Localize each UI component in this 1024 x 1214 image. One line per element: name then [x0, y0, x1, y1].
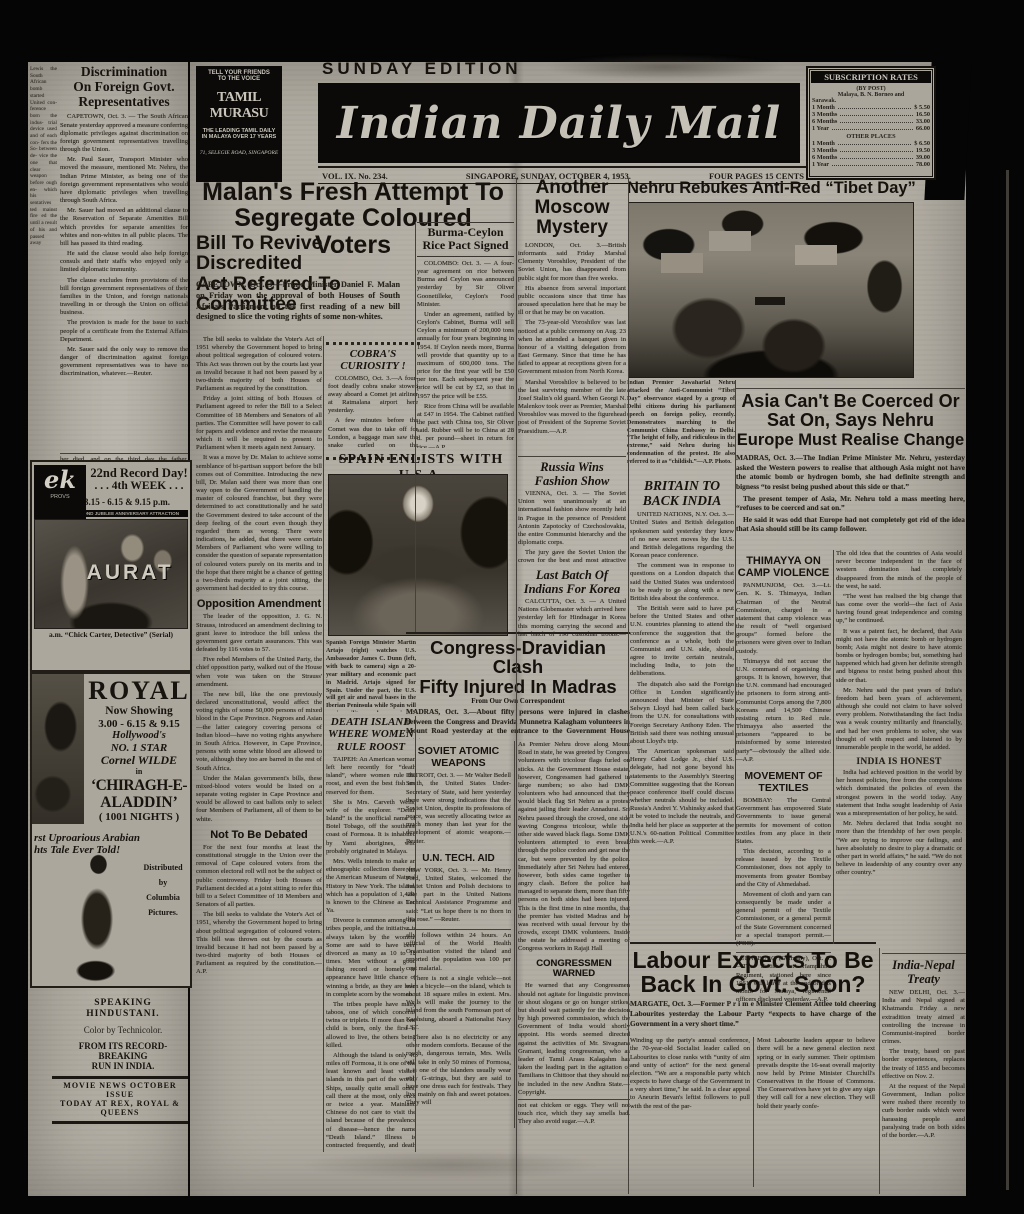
paragraph: The dispatch also said the Foreign Offic… [630, 681, 734, 746]
thimayya-body: PANMUNJOM, Oct. 3.—Lt. Gen. K. S. Thimay… [736, 582, 831, 766]
article-fashion: Russia Wins Fashion Show VIENNA, Oct. 3.… [518, 456, 626, 566]
thimayya-headline: THIMAYYA ON CAMP VIOLENCE [736, 555, 831, 579]
scan-edge-line [1006, 170, 1009, 1190]
royal-line: Hollywood's [88, 730, 190, 742]
sub-value: 33.00 [916, 118, 930, 125]
tamil-ad-title: TAMIL MURASU [196, 90, 282, 122]
paragraph: CAPETOWN, Oct. 3. — The South African Se… [60, 113, 188, 154]
sub-row: 6 Months39.00 [808, 154, 934, 161]
article-nepal: India-Nepal Treaty NEW DELHI, Oct. 3.—In… [882, 958, 965, 1194]
labour-lead: MARGATE, Oct. 3.—Former P r i m e Minist… [630, 999, 876, 1035]
moscow-body: LONDON, Oct. 3.—British informants said … [518, 242, 626, 448]
paragraph: The tribes people have many taboos, one … [326, 1001, 416, 1050]
paragraph: Under the Malan government's bills, thes… [196, 775, 322, 824]
paragraph: Mr. Sauer had moved an additional clause… [60, 207, 188, 248]
movie-news-line: MOVIE NEWS OCTOBER ISSUE [52, 1082, 188, 1100]
paragraph: As Premier Nehru drove along Mount Road … [518, 741, 630, 953]
column-rule [628, 178, 629, 1194]
paragraph: Mr. Sauer said the only way to remove th… [60, 346, 188, 379]
paragraph: The new bill, like the one previously de… [196, 691, 322, 773]
cobra-body: COLOMBO, Oct. 3.—A four-foot deadly cobr… [328, 375, 418, 447]
paragraph: TAIPEH: An American woman left here rece… [326, 756, 416, 797]
paragraph: Mr. Paul Sauer, Transport Minister who m… [60, 156, 188, 205]
sub-label: 1 Month [812, 104, 835, 111]
korea-headline: Last Batch Of Indians For Korea [518, 568, 626, 596]
headline-line: On Foreign Govt. [60, 79, 188, 94]
paragraph: The bill seeks to validate the Voter's A… [196, 911, 322, 976]
serial-line: a.m. “Chick Carter, Detective” (Serial) [32, 631, 190, 639]
column-rule [735, 380, 736, 940]
column-rule [516, 178, 517, 1194]
cinema-logo-sub: PROVS [34, 494, 86, 500]
paragraph: There also is no electricity or any othe… [406, 1034, 511, 1108]
cobra-title: COBRA'S CURIOSITY ! [328, 348, 418, 373]
masthead-title: Indian Daily Mail [337, 98, 782, 149]
paragraph: At the request of the Nepal Government, … [882, 1083, 965, 1140]
congress-col-b: As Premier Nehru drove along Mount Road … [515, 741, 630, 1128]
paragraph: NEW YORK, Oct. 3. — Mr. Henry Ford, Unit… [406, 867, 511, 924]
sub-row: 1 Year66.00 [808, 125, 934, 132]
fashion-headline: Russia Wins Fashion Show [518, 460, 626, 488]
paragraph: MADRAS, Oct. 3.—About fifty persons were… [406, 707, 630, 739]
paragraph: MARGATE, Oct. 3.—Former P r i m e Minist… [630, 999, 876, 1028]
headline-line: Moscow [518, 198, 626, 218]
article-cobra: COBRA'S CURIOSITY ! COLOMBO, Oct. 3.—A f… [326, 342, 420, 460]
aurat-poster-title: AURAT [87, 561, 174, 585]
island-continuation: ally follows within 24 hours. An officia… [406, 929, 511, 1110]
headline-line: DEATH ISLAND [326, 716, 416, 728]
headline-line: Labour Expects To Be [630, 948, 876, 972]
sub-value: $ 5.50 [914, 104, 930, 111]
paragraph: The provision is made for the issue to s… [60, 319, 188, 344]
dot-leader [838, 104, 911, 109]
labour-headline: Labour Expects To Be Back In Govt. Soon? [630, 948, 876, 996]
malan-body-column: The bill seeks to validate the Voter's A… [196, 336, 322, 1152]
royal-dist: Columbia [136, 894, 190, 903]
asia-lead: MADRAS, Oct. 3.—The Indian Prime Ministe… [736, 453, 965, 545]
paragraph: “The west has realised the big change th… [836, 593, 962, 626]
article-discrimination: Discrimination On Foreign Govt. Represen… [60, 64, 188, 478]
sub-value: 16.50 [916, 111, 930, 118]
headline-line: Treaty [882, 972, 965, 986]
hindustani-block: SPEAKING HINDUSTANI. Color by Technicolo… [58, 998, 188, 1071]
tamil-murasu-ad: TELL YOUR FRIENDS TO THE VOICE TAMIL MUR… [196, 66, 282, 182]
paragraph: UNITED NATIONS, N.Y. Oct. 3.—United Stat… [630, 511, 734, 560]
paragraph: NEW DELHI, Oct. 3.—India and Nepal signe… [882, 989, 965, 1046]
section-rule [406, 632, 630, 634]
headline-line: Rice Pact Signed [417, 239, 514, 252]
paragraph: COLOMBO: Oct. 3. — A four-year agreement… [417, 260, 514, 309]
paragraph: Five rebel Members of the United Party, … [196, 656, 322, 689]
sub-label: 3 Months [812, 111, 837, 118]
paragraph: Most Labourite leaders appear to believe… [757, 1037, 875, 1111]
paragraph: Marshal Voroshilov is believed to be the… [518, 379, 626, 436]
paragraph: He warned that any Congressmen should no… [518, 982, 630, 1096]
royal-line: 3.00 - 6.15 & 9.15 [88, 718, 190, 730]
section-rule [882, 953, 966, 954]
cinema-logo: ek PROVS [34, 465, 86, 523]
royal-dist: Pictures. [136, 909, 190, 918]
royal-name: ROYAL [88, 674, 190, 705]
section-rule [630, 942, 876, 944]
dot-leader [832, 161, 913, 166]
sub-label: 6 Months [812, 154, 837, 161]
paragraph: There is not a single vehicle—not even a… [406, 975, 511, 1032]
cinema-logo-text: ek [34, 465, 86, 494]
india-honest-subhead: INDIA IS HONEST [836, 757, 962, 767]
headline-line: Discrimination [60, 64, 188, 79]
paragraph: Mr. Nehru said the past years of India's… [836, 687, 962, 752]
death-island-headline: DEATH ISLAND WHERE WOMEN RULE ROOST [326, 716, 416, 753]
paragraph: COLOMBO, Oct. 3.—A four-foot deadly cobr… [328, 375, 418, 416]
nepal-headline: India-Nepal Treaty [882, 958, 965, 986]
paragraph: VIENNA, Oct. 3. — The Soviet Union won u… [518, 490, 626, 547]
paragraph: Although the island is only 40 miles off… [326, 1052, 416, 1148]
aurat-cinema-ad: ek PROVS 22nd Record Day! . . . 4th WEEK… [30, 460, 192, 672]
column-rule [879, 948, 880, 1194]
malan-lead: CAPETOWN, Oct. 3.—Prime Minister Daniel … [196, 280, 400, 332]
sub-row: 3 Months16.50 [808, 111, 934, 118]
tibet-caption: Indian Premier Jawaharlal Nehru attacked… [627, 380, 735, 476]
paragraph: India had achieved position in the world… [836, 769, 962, 818]
column-rule [415, 222, 416, 632]
sub-value: 78.00 [916, 161, 930, 168]
spain-caption: Spanish Foreign Minister Martin Artajo (… [326, 640, 416, 712]
royal-dist: by [136, 879, 190, 888]
headline-line: MOVEMENT OF [736, 771, 831, 783]
headline-line: Back In Govt. Soon? [630, 972, 876, 996]
headline-line: Fashion Show [518, 474, 626, 488]
paragraph: The bill seeks to validate the Voter's A… [196, 336, 322, 393]
sub-row: 3 Months19.50 [808, 147, 934, 154]
headline-line: THIMAYYA ON [736, 555, 831, 567]
britain-headline: BRITAIN TO BACK INDIA [630, 478, 734, 508]
congress-byline: From Our Own Correspondent [406, 698, 630, 706]
dot-leader [840, 147, 912, 152]
paragraph: CALCUTTA, Oct. 3. — A United Nations Glo… [518, 598, 626, 636]
sub-row: 1 Month$ 5.50 [808, 104, 934, 111]
paragraph: Rice from China will be available at £47… [417, 403, 514, 448]
royal-star: Cornel WILDE [88, 754, 190, 767]
labour-col-a: Winding up the party's annual conference… [630, 1037, 754, 1187]
headline-line: BACK INDIA [630, 493, 734, 508]
paragraph: The jury gave the Soviet Union the crown… [518, 549, 626, 566]
paragraph: Thimayya did not accuse the U.N. command… [736, 658, 831, 764]
sub-label: 1 Year [812, 125, 829, 132]
headline-line: CAMP VIOLENCE [736, 567, 831, 579]
asia-subhead: Europe Must Realise Change [736, 432, 965, 449]
headline-line: WHERE WOMEN [326, 728, 416, 740]
royal-film-title2: ALADDIN’ [88, 794, 190, 811]
hindustani-line: SPEAKING HINDUSTANI. [58, 998, 188, 1019]
dot-leader [840, 111, 912, 116]
sub-label: 1 Year [812, 161, 829, 168]
congress-lead: MADRAS, Oct. 3.—About fifty persons were… [406, 707, 630, 739]
title-line: CURIOSITY ! [328, 360, 418, 372]
week-line: . . . 4th WEEK . . . [88, 480, 190, 493]
sub-value: $ 6.50 [914, 140, 930, 147]
headline-line: TEXTILES [736, 783, 831, 795]
article-death-island: DEATH ISLAND WHERE WOMEN RULE ROOST TAIP… [326, 716, 416, 1148]
royal-film-title: ‘CHIRAGH-E- [88, 777, 190, 794]
dot-leader [840, 154, 912, 159]
burma-body: COLOMBO: Oct. 3. — A four-year agreement… [417, 260, 514, 448]
paragraph: This decision, according to a release is… [736, 848, 831, 889]
paragraph: The present temper of Asia, Mr. Nehru to… [736, 494, 965, 513]
headline-line: Another [518, 178, 626, 198]
fashion-body: VIENNA, Oct. 3. — The Soviet Union won u… [518, 490, 626, 566]
paragraph: He said it was odd that Europe had not c… [736, 515, 965, 534]
sub-value: 19.50 [916, 147, 930, 154]
run-in-india-line: RUN IN INDIA. [58, 1061, 188, 1071]
article-burma-ceylon: Burma-Ceylon Rice Pact Signed COLOMBO: O… [417, 222, 514, 448]
article-labour: Labour Expects To Be Back In Govt. Soon?… [630, 948, 876, 1194]
title-line: COBRA'S [328, 348, 418, 360]
paragraph: For the next four months at least the co… [196, 844, 322, 909]
death-island-body: TAIPEH: An American woman left here rece… [326, 756, 416, 1148]
paragraph: Under an agreement, ratified by Ceylon's… [417, 311, 514, 401]
paragraph: LONDON, Oct. 3.—British informants said … [518, 242, 626, 283]
paragraph: not eat chicken or eggs. They will not t… [518, 1099, 630, 1127]
subscription-other: OTHER PLACES [808, 133, 934, 140]
congress-col-a: SOVIET ATOMIC WEAPONS DETROIT, Oct. 3. —… [406, 741, 515, 1128]
paragraph: The comment was in response to questions… [630, 562, 734, 603]
subhead-not-debated: Not To Be Debated [196, 829, 322, 841]
sub-row: 1 Year78.00 [808, 161, 934, 168]
headline-line: BRITAIN TO [630, 478, 734, 493]
headline-line: Malan's Fresh Attempt To [196, 179, 510, 205]
asia-headline: Asia Can't Be Coerced Or Sat On, Says Ne… [736, 392, 965, 430]
paragraph: PANMUNJOM, Oct. 3.—Lt. Gen. K. S. Thimay… [736, 582, 831, 656]
caption-text: Indian Premier Jawaharlal Nehru attacked… [627, 380, 735, 465]
royal-dist: Distributed [136, 864, 190, 873]
right-column-2: The old idea that the countries of Asia … [836, 550, 962, 944]
paragraph: ally follows within 24 hours. An officia… [406, 932, 511, 973]
sub-label: 6 Months [812, 118, 837, 125]
headline-line: Congress-Dravidian Clash [406, 638, 630, 677]
right-column-1: THIMAYYA ON CAMP VIOLENCE PANMUNJOM, Oct… [736, 550, 831, 1001]
discrimination-headline: Discrimination On Foreign Govt. Represen… [60, 64, 188, 109]
paragraph: Mrs. Wells intends to make an ethnograph… [326, 858, 416, 915]
moscow-headline: Another Moscow Mystery [518, 178, 626, 238]
masthead: Indian Daily Mail [318, 83, 800, 163]
headline-line: Burma-Ceylon [417, 226, 514, 239]
headline-line: Fifty Injured In Madras [406, 677, 630, 696]
sub-label: 3 Months [812, 147, 837, 154]
edge-fragment-text: Lewis the South African bomb started Uni… [30, 66, 57, 247]
article-congress-clash: Congress-Dravidian Clash Fifty Injured I… [406, 638, 630, 1194]
textiles-headline: MOVEMENT OF TEXTILES [736, 771, 831, 794]
tamil-ad-line4: IN MALAYA OVER 17 YEARS [196, 134, 282, 140]
burma-headline: Burma-Ceylon Rice Pact Signed [417, 222, 514, 257]
tibet-photo [628, 202, 914, 378]
paragraph: The leader of the opposition, J. G. N. S… [196, 613, 322, 654]
paragraph: Divorce is common among the tribes peopl… [326, 917, 416, 999]
paragraph: DETROIT, Oct. 3. — Mr Walter Bedell Smit… [406, 772, 511, 846]
labour-col-b: Most Labourite leaders appear to believe… [754, 1037, 875, 1187]
article-britain: BRITAIN TO BACK INDIA UNITED NATIONS, N.… [630, 478, 734, 939]
headline-line: Indians For Korea [518, 582, 626, 596]
headline-line: Mystery [518, 218, 626, 238]
subscription-title: SUBSCRIPTION RATES [811, 71, 931, 83]
royal-cinema-ad: ROYAL Now Showing 3.00 - 6.15 & 9.15 Hol… [30, 672, 192, 988]
spain-photo [328, 474, 508, 636]
paragraph: His absence from several important publi… [518, 285, 626, 318]
article-moscow-mystery: Another Moscow Mystery LONDON, Oct. 3.—B… [518, 178, 626, 448]
aurat-poster-image: AURAT [34, 519, 188, 629]
dancer-image [60, 842, 134, 982]
paragraph: CAPETOWN, Oct. 3.—Prime Minister Daniel … [196, 280, 400, 323]
caption-text: Spanish Foreign Minister Martin Artajo (… [326, 640, 416, 712]
congress-headline: Congress-Dravidian Clash Fifty Injured I… [406, 638, 630, 696]
paragraph: Friday a joint sitting of both Houses of… [196, 395, 322, 452]
column-rule [323, 336, 324, 1152]
paragraph: A few minutes before the Comet was due t… [328, 417, 418, 446]
royal-line: in [88, 768, 190, 777]
headline-line: Asia Can't Be Coerced Or [736, 392, 965, 411]
paragraph: The 73-year-old Voroshilov was last noti… [518, 319, 626, 376]
paragraph: Movement of cloth and yarn can consequen… [736, 891, 831, 948]
dot-leader [838, 140, 911, 145]
headline-line: India-Nepal [882, 958, 965, 972]
tamil-ad-line2: TO THE VOICE [196, 76, 282, 82]
britain-body: UNITED NATIONS, N.Y. Oct. 3.—United Stat… [630, 511, 734, 939]
dot-leader [840, 118, 912, 123]
newspaper-scan: Lewis the South African bomb started Uni… [0, 0, 1024, 1214]
sub-value: 39.00 [916, 154, 930, 161]
headline-line: Russia Wins [518, 460, 626, 474]
headline-line: SOVIET ATOMIC [406, 746, 511, 758]
record-breaking-line: FROM ITS RECORD-BREAKING [58, 1041, 188, 1061]
sub-row: 1 Month$ 6.50 [808, 140, 934, 147]
korea-body: CALCUTTA, Oct. 3. — A United Nations Glo… [518, 598, 626, 636]
paragraph: Winding up the party's annual conference… [630, 1037, 750, 1111]
movie-news-line2: TODAY AT REX, ROYAL & QUEENS [52, 1100, 188, 1118]
paragraph: The clause excludes from provisions of t… [60, 277, 188, 318]
paragraph: The American spokesman said Henry Cabot … [630, 748, 734, 846]
paragraph: She is Mrs. Carveth Wells, wife of the e… [326, 799, 416, 856]
paragraph: The treaty, based on past border experie… [882, 1048, 965, 1081]
column-rule [833, 550, 834, 944]
royal-ad-image-left [32, 674, 84, 824]
paragraph: The old idea that the countries of Asia … [836, 550, 962, 591]
headline-line: Representatives [60, 94, 188, 109]
paragraph: He said the clause would also help forei… [60, 250, 188, 275]
headline-line: Last Batch Of [518, 568, 626, 582]
edition-label: SUNDAY EDITION [322, 60, 602, 78]
headline-line: Sat On, Says Nehru [736, 411, 965, 430]
royal-line: Now Showing [88, 705, 190, 718]
movie-news-strip: MOVIE NEWS OCTOBER ISSUE TODAY AT REX, R… [52, 1076, 188, 1124]
paragraph: It was a patent fact, he declared, that … [836, 628, 962, 685]
congress-body: As Premier Nehru drove along Mount Road … [518, 741, 630, 1128]
subhead-opposition: Opposition Amendment [196, 598, 322, 610]
sub-row: 6 Months33.00 [808, 118, 934, 125]
column-rule [415, 716, 416, 1152]
textiles-body: BOMBAY: The Central Government has empow… [736, 797, 831, 950]
paragraph: The British were said to have put before… [630, 605, 734, 679]
bottom-smudge [300, 1150, 600, 1180]
torn-edge-column: Lewis the South African bomb started Uni… [30, 66, 57, 458]
headline-line: WEAPONS [406, 758, 511, 770]
discrimination-body: CAPETOWN, Oct. 3. — The South African Se… [60, 113, 188, 453]
paragraph: It was a move by Dr. Malan to achieve so… [196, 454, 322, 593]
sub-label: 1 Month [812, 140, 835, 147]
tibet-headline: Nehru Rebukes Anti-Red “Tibet Day” [627, 180, 919, 197]
record-day-line: 22nd Record Day! [88, 462, 190, 480]
un-tech-headline: U.N. TECH. AID [406, 853, 511, 864]
dot-leader [832, 125, 913, 130]
tamil-ad-address: 71, SELEGIE ROAD, SINGAPORE [196, 150, 282, 156]
article-korea: Last Batch Of Indians For Korea CALCUTTA… [518, 568, 626, 636]
un-tech-body: NEW YORK, Oct. 3. — Mr. Henry Ford, Unit… [406, 867, 511, 926]
soviet-atomic-body: DETROIT, Oct. 3. — Mr Walter Bedell Smit… [406, 772, 511, 848]
subhead-line: Bill To Revive Discredited [196, 233, 402, 274]
article-asia: Asia Can't Be Coerced Or Sat On, Says Ne… [736, 392, 965, 545]
paragraph: Mr. Nehru declared that India sought no … [836, 820, 962, 877]
soviet-atomic-headline: SOVIET ATOMIC WEAPONS [406, 746, 511, 769]
congressmen-warned-subhead: CONGRESSMEN WARNED [518, 959, 630, 980]
paragraph: MADRAS, Oct. 3.—The Indian Prime Ministe… [736, 453, 965, 492]
technicolor-line: Color by Technicolor. [58, 1025, 188, 1035]
nepal-body: NEW DELHI, Oct. 3.—India and Nepal signe… [882, 989, 965, 1142]
headline-line: RULE ROOST [326, 741, 416, 753]
royal-nights: ( 1001 NIGHTS ) [88, 811, 190, 823]
paragraph: BOMBAY: The Central Government has empow… [736, 797, 831, 846]
section-rule [736, 388, 965, 389]
sub-value: 66.00 [916, 125, 930, 132]
subscription-box: SUBSCRIPTION RATES (BY POST) Malaya, B. … [806, 66, 936, 180]
